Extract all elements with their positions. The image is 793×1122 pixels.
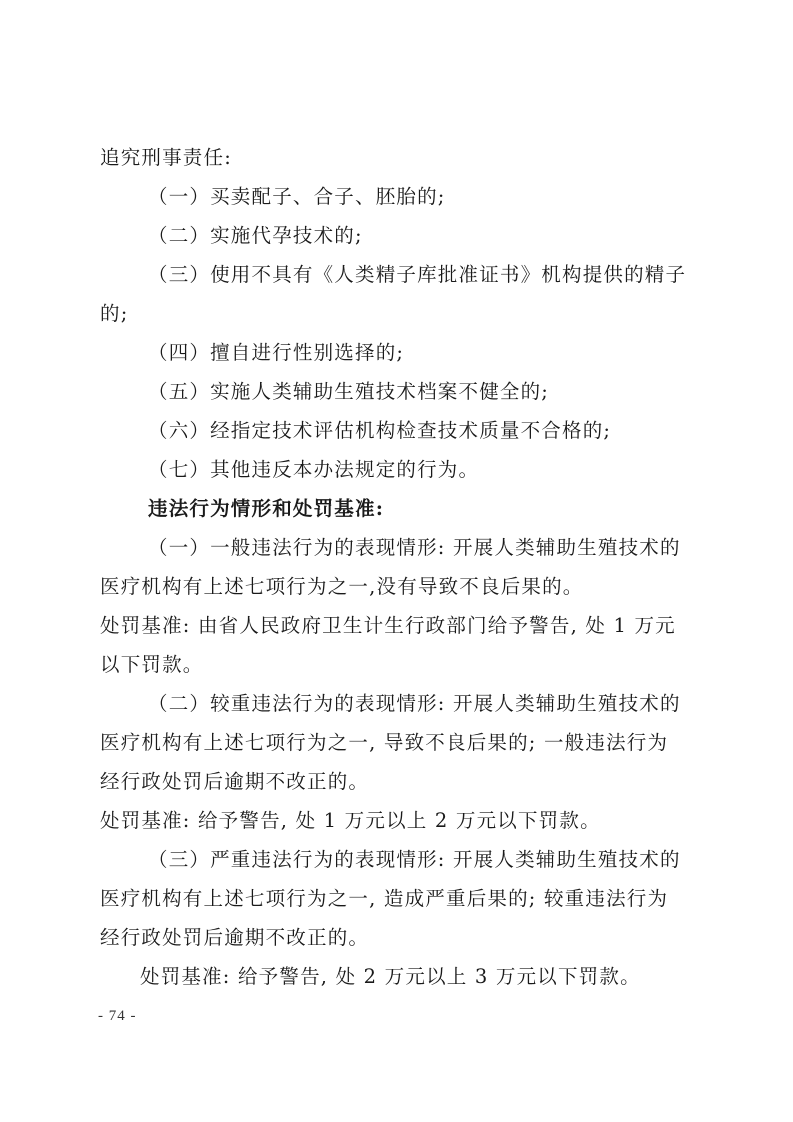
text-line: 追究刑事责任: [100,146,700,170]
paragraph-line: 医疗机构有上述七项行为之一,没有导致不良后果的。 [100,575,700,599]
section-heading: 违法行为情形和处罚基准: [148,497,748,521]
text-line: 的; [100,302,700,326]
list-item: （四）擅自进行性别选择的; [148,341,748,365]
list-item: （三）使用不具有《人类精子库批准证书》机构提供的精子 [148,263,748,287]
paragraph-line: 医疗机构有上述七项行为之一, 导致不良后果的; 一般违法行为 [100,731,700,755]
penalty-line: 处罚基准: 给予警告, 处 2 万元以上 3 万元以下罚款。 [140,965,740,989]
list-item: （六）经指定技术评估机构检查技术质量不合格的; [148,419,748,443]
paragraph-line: 经行政处罚后逾期不改正的。 [100,770,700,794]
paragraph-line: 经行政处罚后逾期不改正的。 [100,926,700,950]
penalty-line: 处罚基准: 给予警告, 处 1 万元以上 2 万元以下罚款。 [100,809,700,833]
paragraph-line: （三）严重违法行为的表现情形: 开展人类辅助生殖技术的 [148,848,748,872]
list-item: （七）其他违反本办法规定的行为。 [148,458,748,482]
penalty-line: 处罚基准: 由省人民政府卫生计生行政部门给予警告, 处 1 万元 [100,614,700,638]
penalty-line: 以下罚款。 [100,653,700,677]
paragraph-line: （二）较重违法行为的表现情形: 开展人类辅助生殖技术的 [148,692,748,716]
paragraph-line: （一）一般违法行为的表现情形: 开展人类辅助生殖技术的 [148,536,748,560]
paragraph-line: 医疗机构有上述七项行为之一, 造成严重后果的; 较重违法行为 [100,887,700,911]
list-item: （五）实施人类辅助生殖技术档案不健全的; [148,380,748,404]
list-item: （一）买卖配子、合子、胚胎的; [148,185,748,209]
list-item: （二）实施代孕技术的; [148,224,748,248]
page-number: - 74 - [98,1008,137,1025]
document-page: 追究刑事责任: （一）买卖配子、合子、胚胎的; （二）实施代孕技术的; （三）使… [0,0,793,1122]
